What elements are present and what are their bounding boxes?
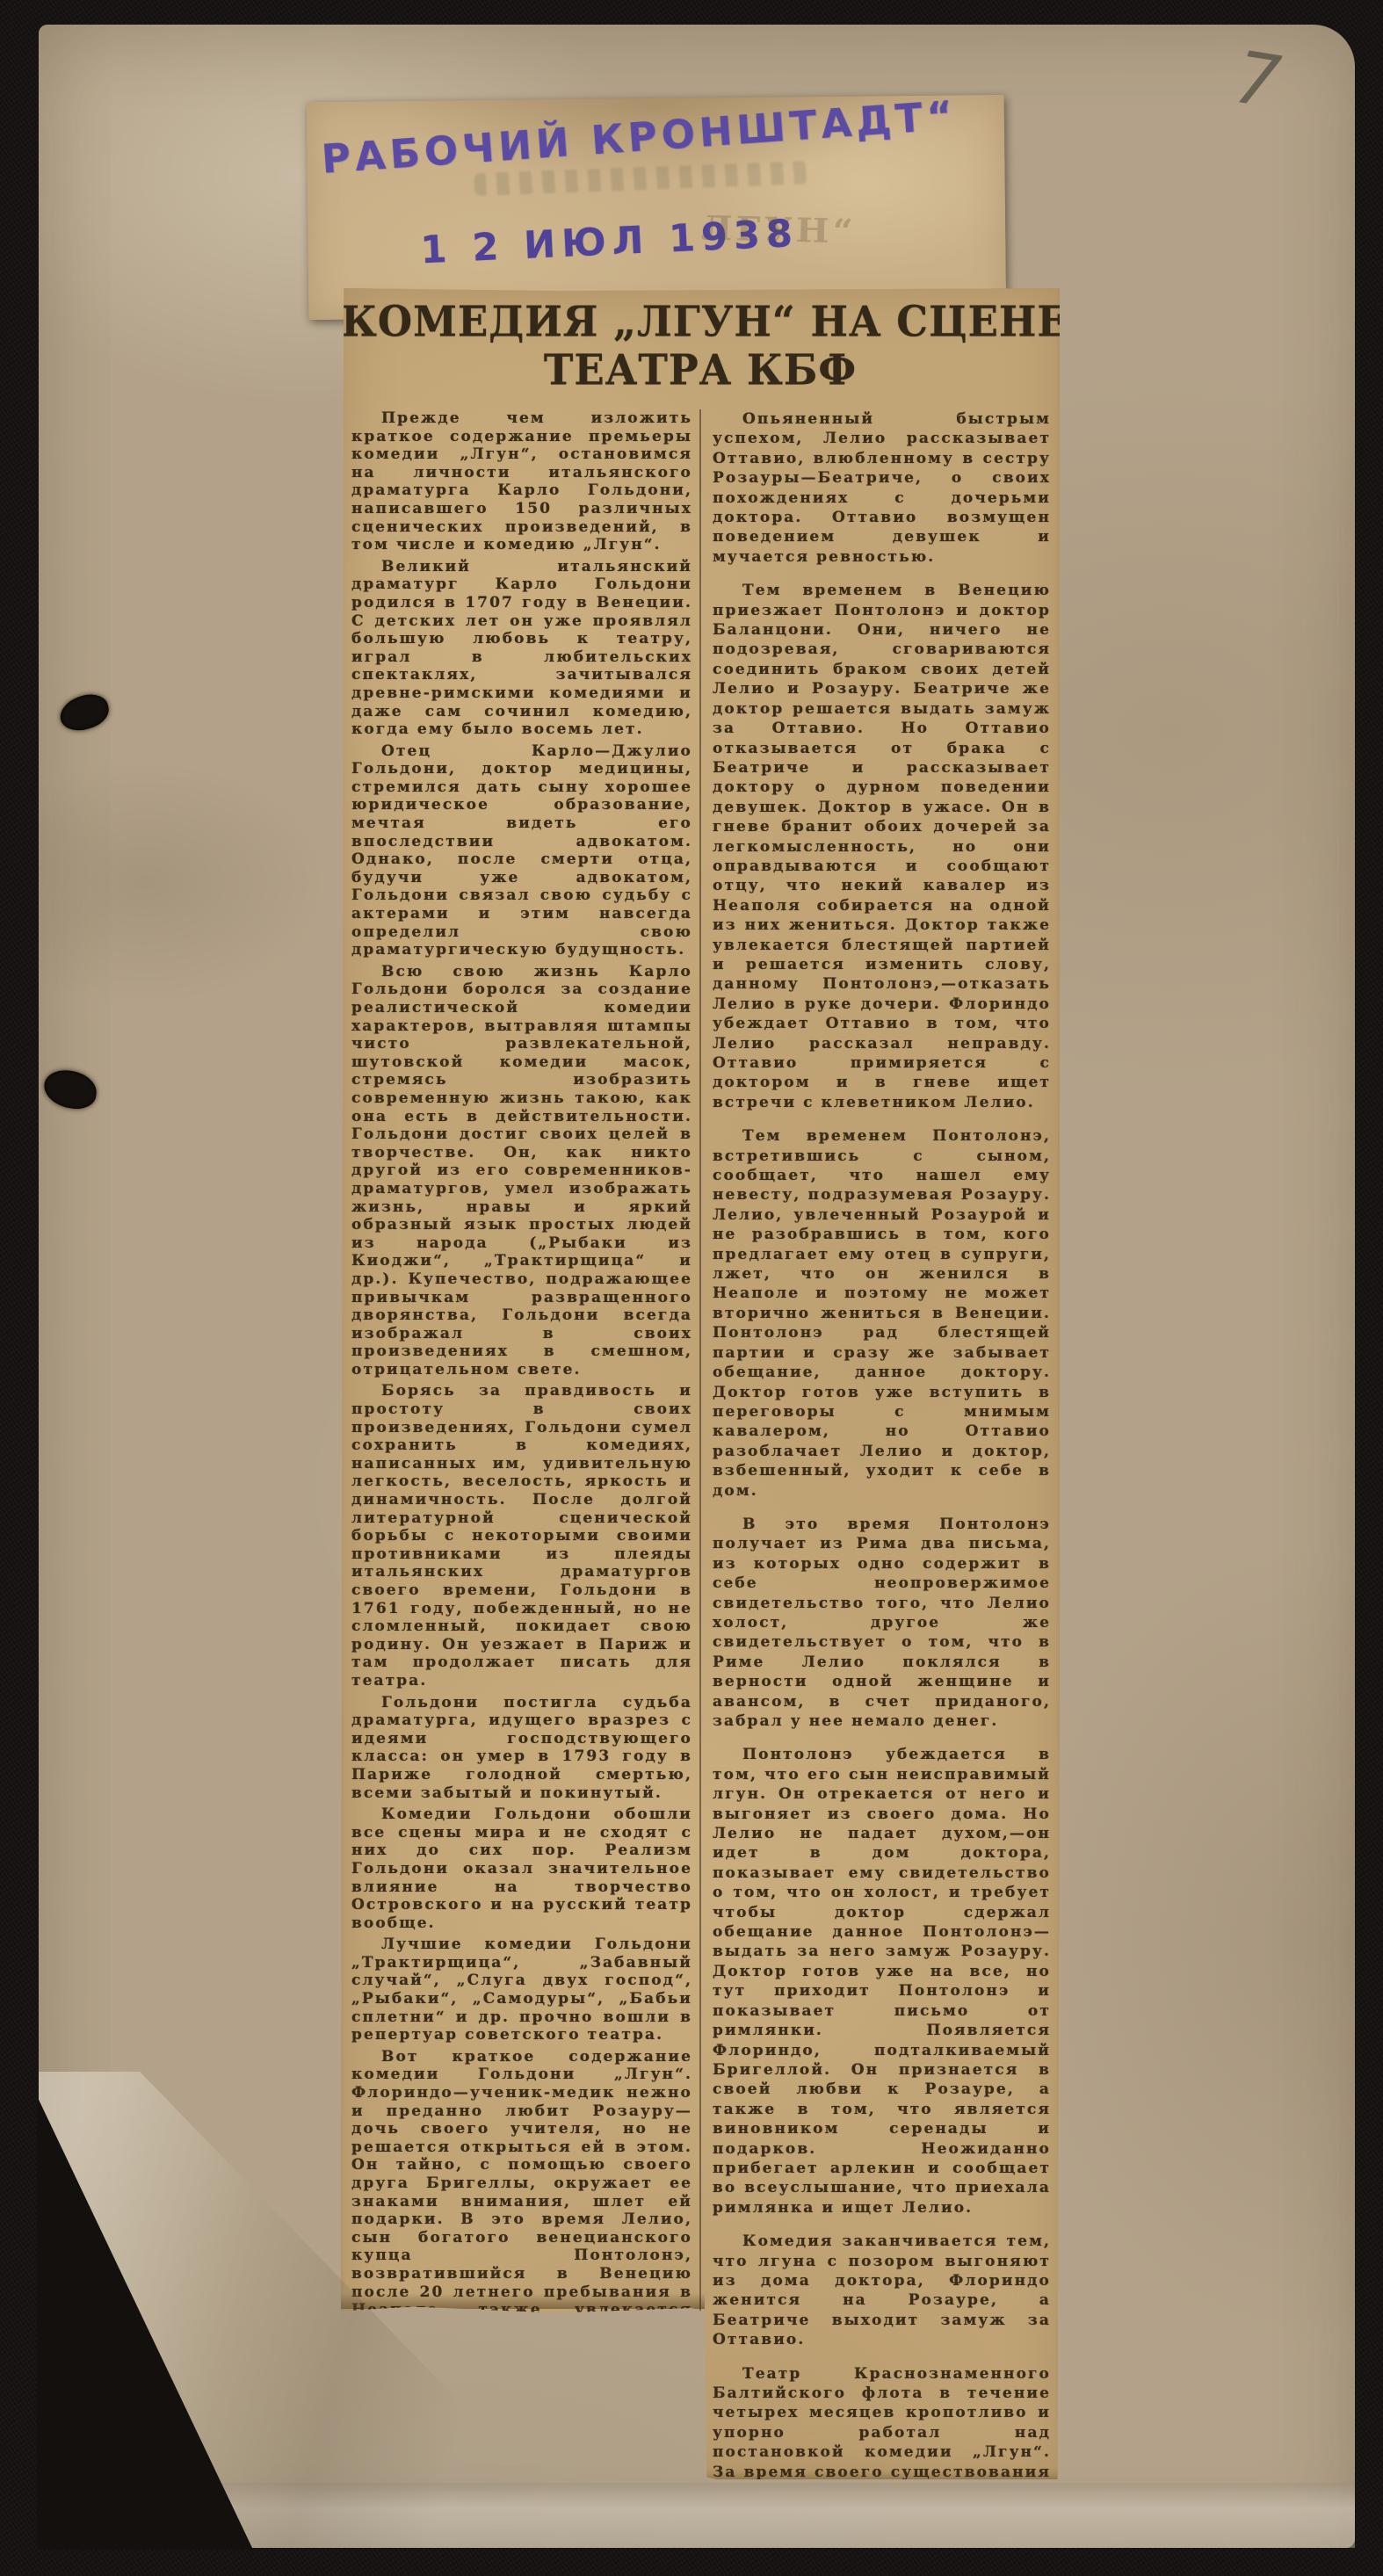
punch-hole-bottom (41, 1067, 99, 1112)
article-paragraph: Комедии Гольдони обошли все сцены мира и… (351, 1805, 692, 1932)
article-columns: Прежде чем изложить краткое содержание п… (341, 409, 1060, 2555)
article-column-right: Опьяненный быстрым успехом, Лелио расска… (699, 409, 1054, 2555)
article-paragraph: Гольдони постигла судьба драматурга, иду… (351, 1694, 692, 1803)
torn-edge-shadow (341, 2293, 705, 2309)
punch-hole-top (56, 691, 112, 734)
ghost-imprint: ЛГУН“ (701, 207, 858, 250)
article-paragraph: Лучшие комедии Гольдони „Трактирщица“, „… (351, 1936, 692, 2044)
article-paragraph: Прежде чем изложить краткое содержание п… (351, 409, 692, 554)
article-title-line1: КОМЕДИЯ „ЛГУН“ НА СЦЕНЕ (341, 298, 1060, 346)
article-paragraph: Великий итальянский драматург Карло Голь… (351, 558, 692, 739)
newspaper-clipping: КОМЕДИЯ „ЛГУН“ НА СЦЕНЕ ТЕАТРА КБФ Прежд… (341, 288, 1060, 2479)
article-column-left: Прежде чем изложить краткое содержание п… (351, 409, 699, 2555)
clipping-header-piece: РАБОЧИЙ КРОНШТАДТ“ 1 2 ИЮЛ 1938 ЛГУН“ (307, 95, 1007, 320)
article-paragraph: Опьяненный быстрым успехом, Лелио расска… (713, 409, 1051, 567)
article-paragraph: Комедия заканчивается тем, что лгуна с п… (713, 2232, 1051, 2349)
article-title: КОМЕДИЯ „ЛГУН“ НА СЦЕНЕ ТЕАТРА КБФ (341, 298, 1060, 394)
article-paragraph: Отец Карло—Джулио Гольдони, доктор медиц… (351, 742, 692, 959)
article-paragraph: Борясь за правдивость и простоту в своих… (351, 1382, 692, 1690)
article-paragraph: Всю свою жизнь Карло Гольдони боролся за… (351, 963, 692, 1379)
album-page: 7 РАБОЧИЙ КРОНШТАДТ“ 1 2 ИЮЛ 1938 ЛГУН“ … (39, 25, 1355, 2548)
article-title-line2: ТЕАТРА КБФ (341, 346, 1060, 394)
article-column-right-paragraphs: Опьяненный быстрым успехом, Лелио расска… (713, 409, 1051, 2522)
page-number-annotation: 7 (1220, 37, 1293, 124)
article-paragraph: В это время Понтолонэ получает из Рима д… (713, 1515, 1051, 1731)
article-paragraph: Тем временем в Венецию приезжает Понтоло… (713, 581, 1051, 1112)
article-paragraph: Понтолонэ убеждается в том, что его сын … (713, 1745, 1051, 2218)
article-paragraph: Тем временем Понтолонэ, встретившись с с… (713, 1126, 1051, 1501)
